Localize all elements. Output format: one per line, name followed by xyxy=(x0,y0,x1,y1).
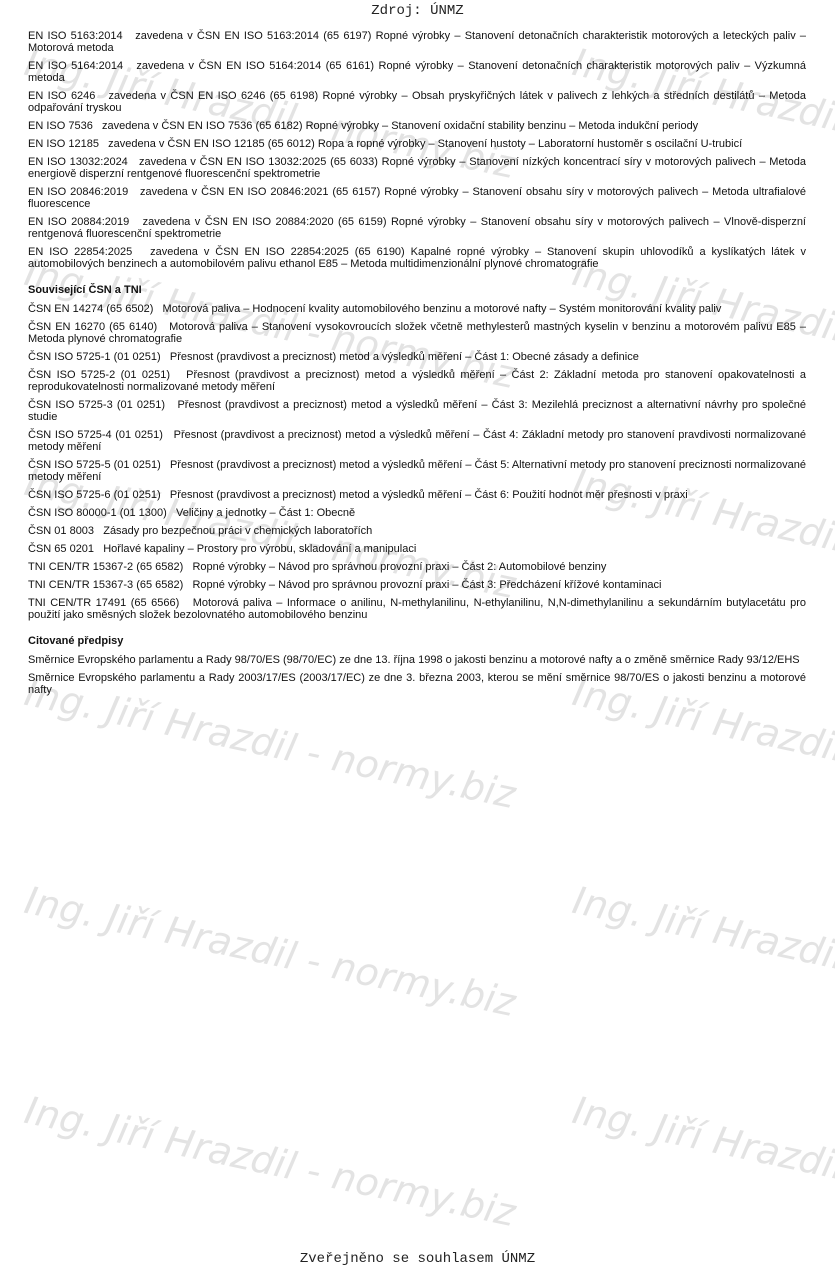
list-item: EN ISO 20884:2019 zavedena v ČSN EN ISO … xyxy=(28,216,806,240)
list-item: TNI CEN/TR 17491 (65 6566) Motorová pali… xyxy=(28,597,806,621)
list-item: TNI CEN/TR 15367-2 (65 6582) Ropné výrob… xyxy=(28,561,806,573)
standard-code: TNI CEN/TR 17491 (65 6566) xyxy=(28,597,179,609)
standard-description: Zásady pro bezpečnou práci v chemických … xyxy=(103,525,372,537)
list-item: EN ISO 7536 zavedena v ČSN EN ISO 7536 (… xyxy=(28,120,806,132)
source-header: Zdroj: ÚNMZ xyxy=(0,3,835,19)
standard-description: zavedena v ČSN EN ISO 13032:2025 (65 603… xyxy=(28,156,806,180)
list-item: ČSN ISO 5725-2 (01 0251) Přesnost (pravd… xyxy=(28,369,806,393)
standard-description: Směrnice Evropského parlamentu a Rady 98… xyxy=(28,654,800,666)
list-item: ČSN ISO 5725-4 (01 0251) Přesnost (pravd… xyxy=(28,429,806,453)
standard-description: Ropné výrobky – Návod pro správnou provo… xyxy=(192,579,661,591)
standard-description: zavedena v ČSN EN ISO 6246 (65 6198) Rop… xyxy=(28,90,806,114)
standard-description: zavedena v ČSN EN ISO 12185 (65 6012) Ro… xyxy=(108,138,742,150)
list-item: Směrnice Evropského parlamentu a Rady 20… xyxy=(28,672,806,696)
standard-description: zavedena v ČSN EN ISO 20884:2020 (65 615… xyxy=(28,216,806,240)
standard-code: EN ISO 22854:2025 xyxy=(28,246,132,258)
list-item: TNI CEN/TR 15367-3 (65 6582) Ropné výrob… xyxy=(28,579,806,591)
standard-code: EN ISO 20884:2019 xyxy=(28,216,129,228)
list-item: EN ISO 5164:2014 zavedena v ČSN EN ISO 5… xyxy=(28,60,806,84)
list-item: ČSN EN 16270 (65 6140) Motorová paliva –… xyxy=(28,321,806,345)
standard-description: zavedena v ČSN EN ISO 22854:2025 (65 619… xyxy=(28,246,806,270)
standard-code: EN ISO 6246 xyxy=(28,90,95,102)
list-item: ČSN ISO 5725-5 (01 0251) Přesnost (pravd… xyxy=(28,459,806,483)
standard-code: ČSN ISO 80000-1 (01 1300) xyxy=(28,507,167,519)
standard-code: ČSN 01 8003 xyxy=(28,525,94,537)
standard-description: zavedena v ČSN EN ISO 5164:2014 (65 6161… xyxy=(28,60,806,84)
list-item: ČSN ISO 5725-6 (01 0251) Přesnost (pravd… xyxy=(28,489,806,501)
standard-code: ČSN ISO 5725-4 (01 0251) xyxy=(28,429,163,441)
standard-description: Přesnost (pravdivost a preciznost) metod… xyxy=(170,351,639,363)
section-title-related: Související ČSN a TNI xyxy=(28,284,806,296)
document-content: EN ISO 5163:2014 zavedena v ČSN EN ISO 5… xyxy=(28,30,806,702)
standard-code: EN ISO 12185 xyxy=(28,138,99,150)
standard-code: EN ISO 13032:2024 xyxy=(28,156,128,168)
standard-code: EN ISO 5163:2014 xyxy=(28,30,123,42)
list-item: ČSN ISO 5725-1 (01 0251) Přesnost (pravd… xyxy=(28,351,806,363)
list-item: EN ISO 12185 zavedena v ČSN EN ISO 12185… xyxy=(28,138,806,150)
watermark: Ing. Jiří Hrazdil - normy.biz xyxy=(21,878,520,1025)
cited-regulations-list: Směrnice Evropského parlamentu a Rady 98… xyxy=(28,654,806,696)
standard-code: ČSN ISO 5725-2 (01 0251) xyxy=(28,369,170,381)
list-item: ČSN ISO 80000-1 (01 1300) Veličiny a jed… xyxy=(28,507,806,519)
list-item: EN ISO 20846:2019 zavedena v ČSN EN ISO … xyxy=(28,186,806,210)
standard-code: ČSN EN 16270 (65 6140) xyxy=(28,321,157,333)
watermark: Ing. Jiří Hrazdil - normy.biz xyxy=(21,1088,520,1235)
standard-description: Přesnost (pravdivost a preciznost) metod… xyxy=(170,489,688,501)
standard-code: EN ISO 7536 xyxy=(28,120,93,132)
watermark: Ing. Jiří Hrazdil - normy.biz xyxy=(569,1088,835,1235)
standard-code: ČSN ISO 5725-6 (01 0251) xyxy=(28,489,161,501)
standard-description: Veličiny a jednotky – Část 1: Obecně xyxy=(176,507,355,519)
standard-code: ČSN ISO 5725-3 (01 0251) xyxy=(28,399,165,411)
standard-description: zavedena v ČSN EN ISO 5163:2014 (65 6197… xyxy=(28,30,806,54)
standard-description: zavedena v ČSN EN ISO 7536 (65 6182) Rop… xyxy=(102,120,698,132)
list-item: EN ISO 5163:2014 zavedena v ČSN EN ISO 5… xyxy=(28,30,806,54)
standard-description: zavedena v ČSN EN ISO 20846:2021 (65 615… xyxy=(28,186,806,210)
standard-description: Hořlavé kapaliny – Prostory pro výrobu, … xyxy=(103,543,416,555)
section-title-cited: Citované předpisy xyxy=(28,635,806,647)
standard-code: EN ISO 20846:2019 xyxy=(28,186,128,198)
standard-description: Motorová paliva – Hodnocení kvality auto… xyxy=(163,303,722,315)
list-item: ČSN ISO 5725-3 (01 0251) Přesnost (pravd… xyxy=(28,399,806,423)
list-item: Směrnice Evropského parlamentu a Rady 98… xyxy=(28,654,806,666)
standard-description: Ropné výrobky – Návod pro správnou provo… xyxy=(192,561,606,573)
publication-footer: Zveřejněno se souhlasem ÚNMZ xyxy=(0,1251,835,1267)
standard-code: ČSN 65 0201 xyxy=(28,543,94,555)
list-item: EN ISO 6246 zavedena v ČSN EN ISO 6246 (… xyxy=(28,90,806,114)
list-item: ČSN EN 14274 (65 6502) Motorová paliva –… xyxy=(28,303,806,315)
list-item: ČSN 01 8003 Zásady pro bezpečnou práci v… xyxy=(28,525,806,537)
standard-code: ČSN EN 14274 (65 6502) xyxy=(28,303,153,315)
standard-code: EN ISO 5164:2014 xyxy=(28,60,123,72)
list-item: EN ISO 13032:2024 zavedena v ČSN EN ISO … xyxy=(28,156,806,180)
list-item: ČSN 65 0201 Hořlavé kapaliny – Prostory … xyxy=(28,543,806,555)
watermark: Ing. Jiří Hrazdil - normy.biz xyxy=(569,878,835,1025)
related-standards-list: ČSN EN 14274 (65 6502) Motorová paliva –… xyxy=(28,303,806,621)
standard-code: TNI CEN/TR 15367-3 (65 6582) xyxy=(28,579,183,591)
list-item: EN ISO 22854:2025 zavedena v ČSN EN ISO … xyxy=(28,246,806,270)
standard-description: Směrnice Evropského parlamentu a Rady 20… xyxy=(28,672,806,696)
adopted-standards-list: EN ISO 5163:2014 zavedena v ČSN EN ISO 5… xyxy=(28,30,806,270)
standard-code: TNI CEN/TR 15367-2 (65 6582) xyxy=(28,561,183,573)
standard-code: ČSN ISO 5725-5 (01 0251) xyxy=(28,459,161,471)
standard-code: ČSN ISO 5725-1 (01 0251) xyxy=(28,351,161,363)
